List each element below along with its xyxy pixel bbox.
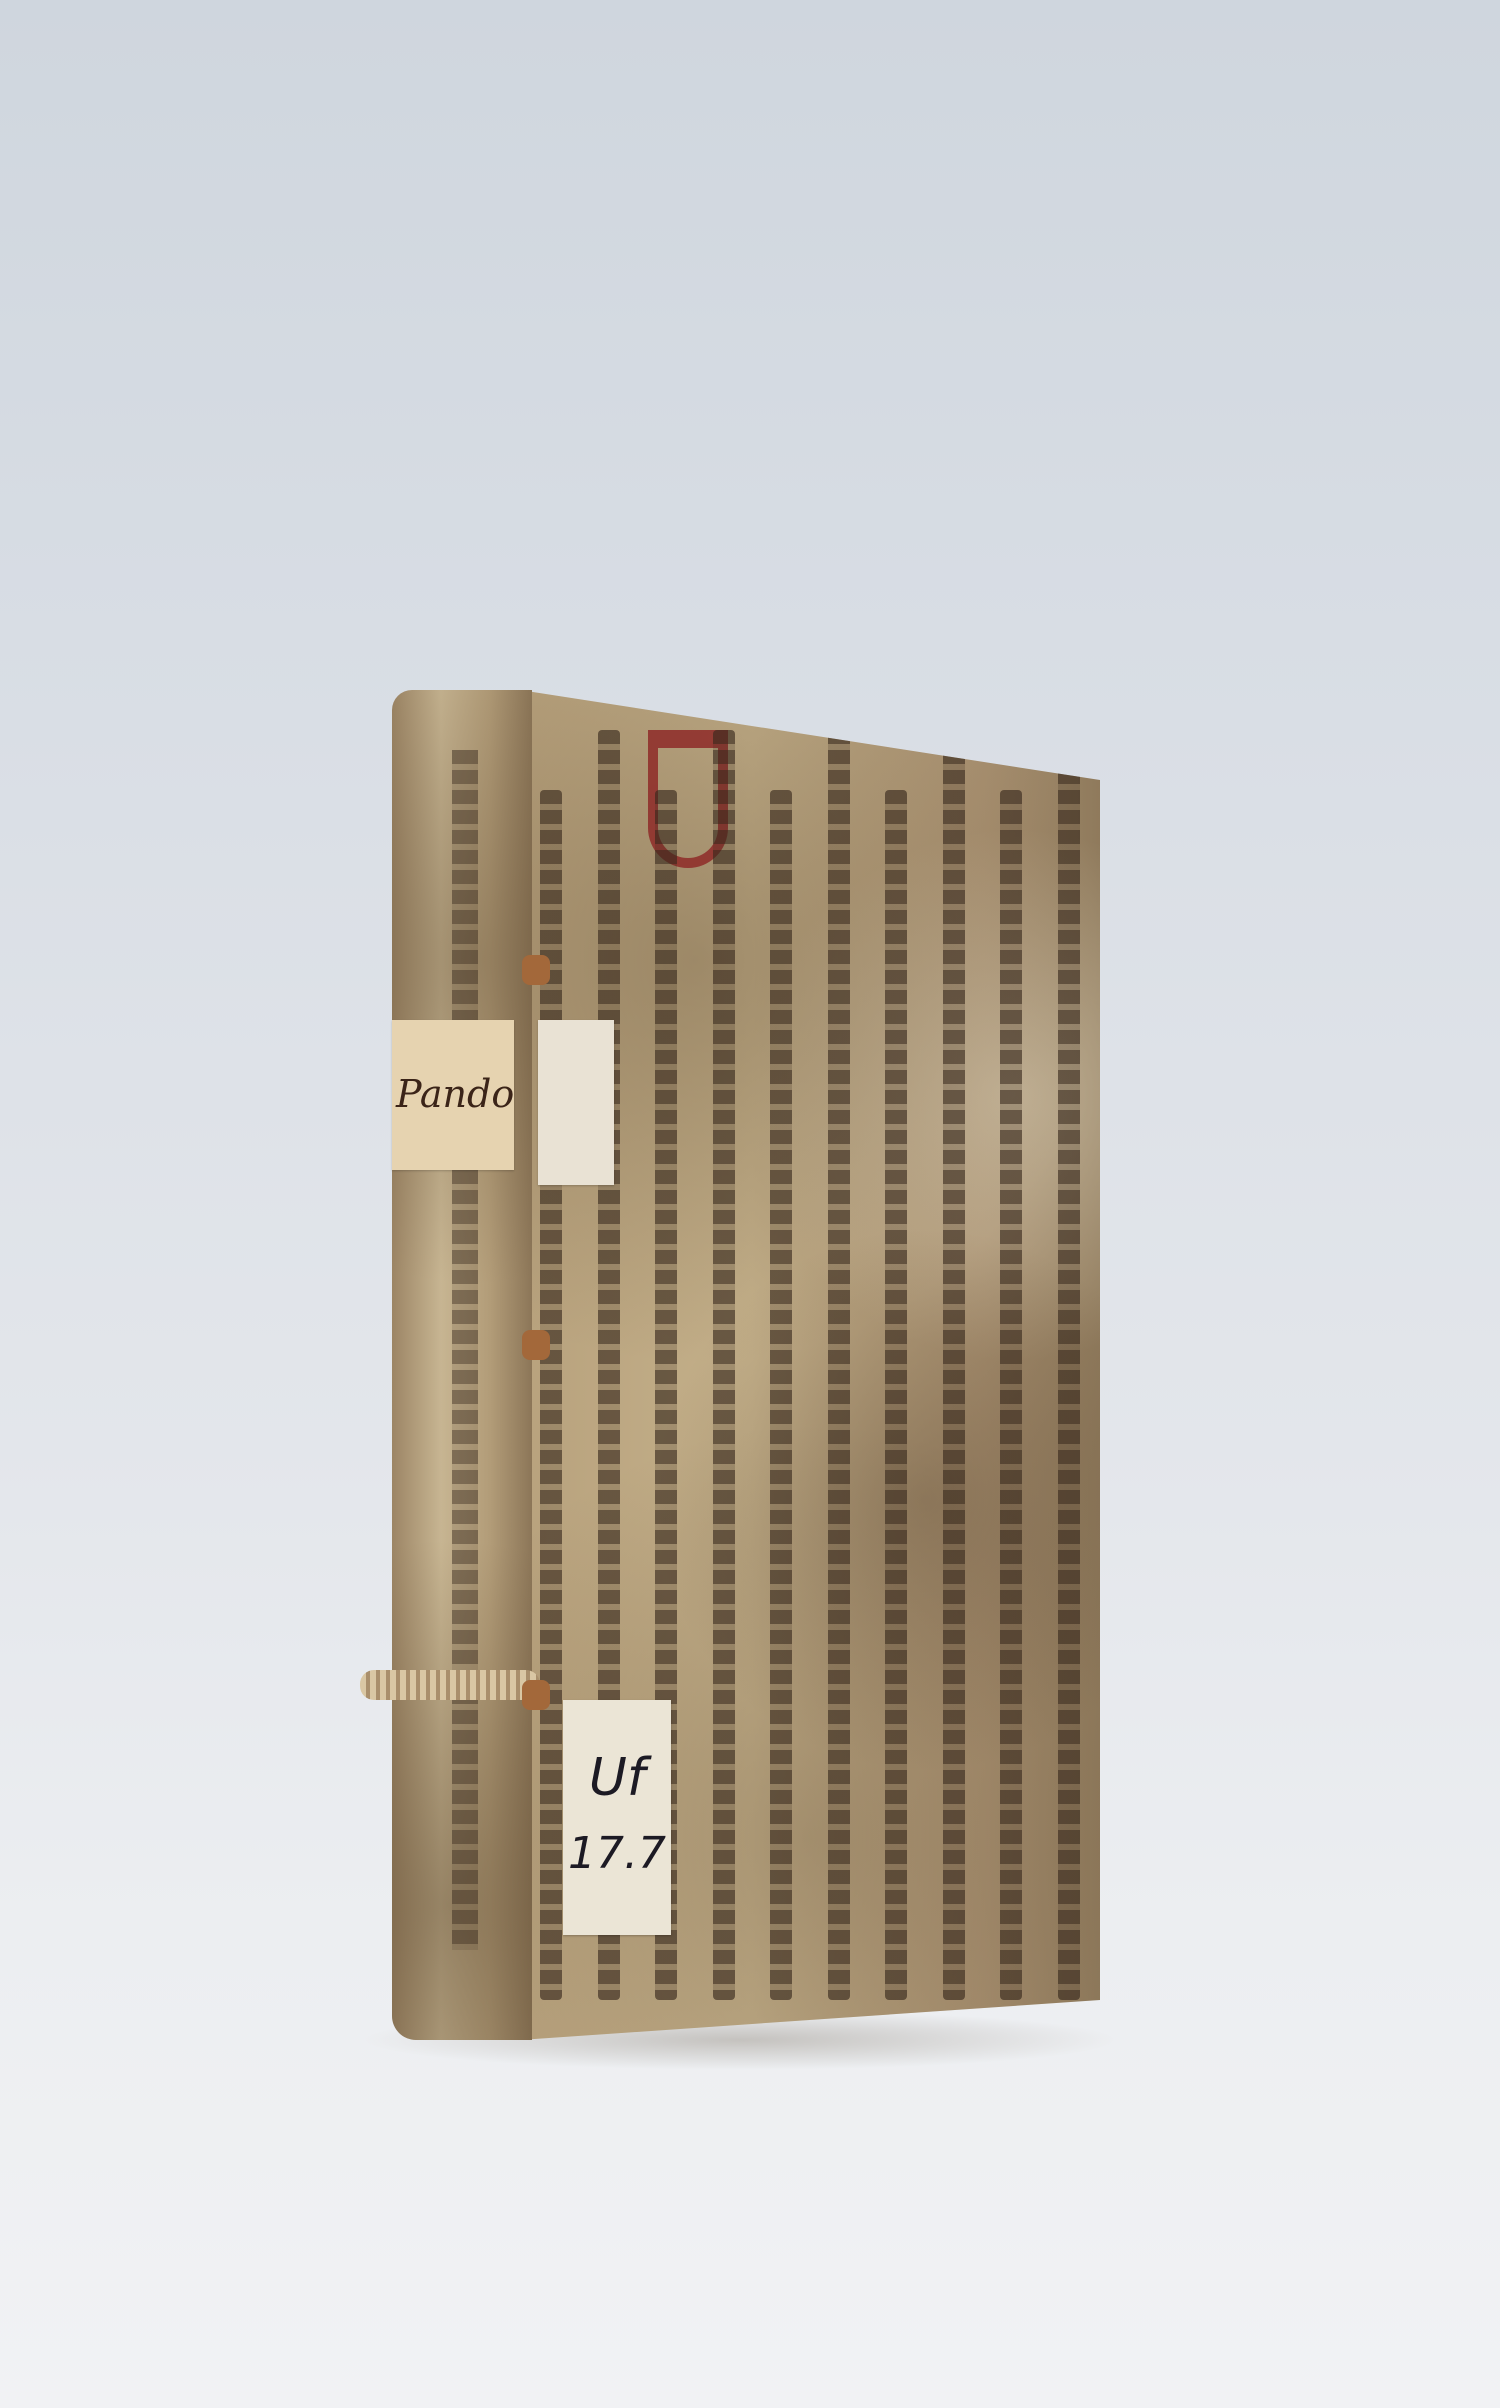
shelfmark-line-1: Uf [563,1748,671,1808]
text-line [828,730,850,2000]
text-line [1000,790,1022,2000]
binding-thong [522,1680,550,1710]
spine-title-text: Pandora [396,1072,514,1116]
text-line [943,730,965,2000]
shelfmark-line-2: 17.7 [563,1828,671,1879]
binding-thong [522,1330,550,1360]
shelfmark-label: Uf 17.7 [563,1700,671,1935]
text-line [1058,730,1080,2000]
spine-title-label: Pandora [392,1020,514,1170]
book-spine [392,690,532,2040]
text-line [770,790,792,2000]
photo-scene: Pandora Uf 17.7 [0,0,1500,2408]
binding-thong [522,955,550,985]
text-line [885,790,907,2000]
spine-manuscript-text [452,750,478,1950]
blank-paper-label [538,1020,614,1185]
sewing-band [360,1670,540,1700]
text-line [713,730,735,2000]
